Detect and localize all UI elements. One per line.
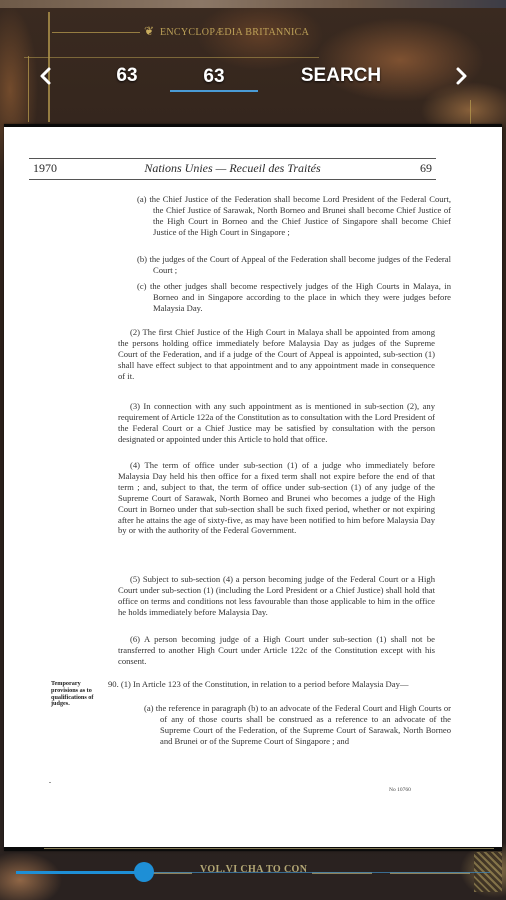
page-number-input[interactable]: [170, 64, 258, 92]
running-head: 1970 Nations Unies — Recueil des Traités…: [29, 158, 436, 180]
paragraph-6: (6) A person becoming judge of a High Co…: [118, 634, 435, 667]
page-speck: [49, 782, 51, 783]
volume-label: VOL.VI CHA TO CON: [200, 864, 307, 875]
paragraph-3: (3) In connection with any such appointm…: [118, 401, 435, 445]
chevron-left-icon: [36, 66, 56, 86]
gold-rule: [470, 100, 471, 124]
subsection-c: (c) the other judges shall become respec…: [137, 281, 451, 314]
subsection-a: (a) the Chief Justice of the Federation …: [137, 194, 451, 238]
running-head-page-number: 69: [420, 159, 432, 178]
slider-thumb[interactable]: [134, 862, 154, 882]
slider-track[interactable]: [144, 872, 490, 873]
document-footer-number: No 10760: [389, 787, 411, 793]
current-page-label: 63: [102, 56, 152, 96]
previous-page-button[interactable]: [30, 56, 62, 96]
paragraph-2: (2) The first Chief Justice of the High …: [118, 327, 435, 382]
slider-track-filled[interactable]: [16, 871, 144, 874]
running-head-title: Nations Unies — Recueil des Traités: [29, 159, 436, 178]
gold-rule: [52, 32, 140, 33]
crest-icon: ❦: [144, 25, 156, 37]
margin-note: Temporary provisions as to qualification…: [51, 681, 97, 708]
page-navigation-bar: 63 SEARCH: [0, 56, 506, 96]
gold-rule: [44, 848, 494, 849]
volume-slider-bar: VOL.VI CHA TO CON: [0, 848, 506, 900]
cover-emblem-text: ENCYCLOPÆDIA BRITANNICA: [160, 27, 309, 38]
next-page-button[interactable]: [445, 56, 477, 96]
article-90-subsection-a: (a) the reference in paragraph (b) to an…: [144, 703, 451, 747]
search-button[interactable]: SEARCH: [298, 56, 384, 96]
subsection-b: (b) the judges of the Court of Appeal of…: [137, 254, 451, 276]
chevron-right-icon: [451, 66, 471, 86]
article-90-paragraph: 90. (1) In Article 123 of the Constituti…: [108, 679, 435, 690]
cover-top-edge: [0, 0, 506, 8]
page-number-field-wrapper: [170, 56, 258, 96]
paragraph-4: (4) The term of office under sub-section…: [118, 460, 435, 536]
document-page: 1970 Nations Unies — Recueil des Traités…: [4, 124, 502, 851]
paragraph-5: (5) Subject to sub-section (4) a person …: [118, 574, 435, 618]
